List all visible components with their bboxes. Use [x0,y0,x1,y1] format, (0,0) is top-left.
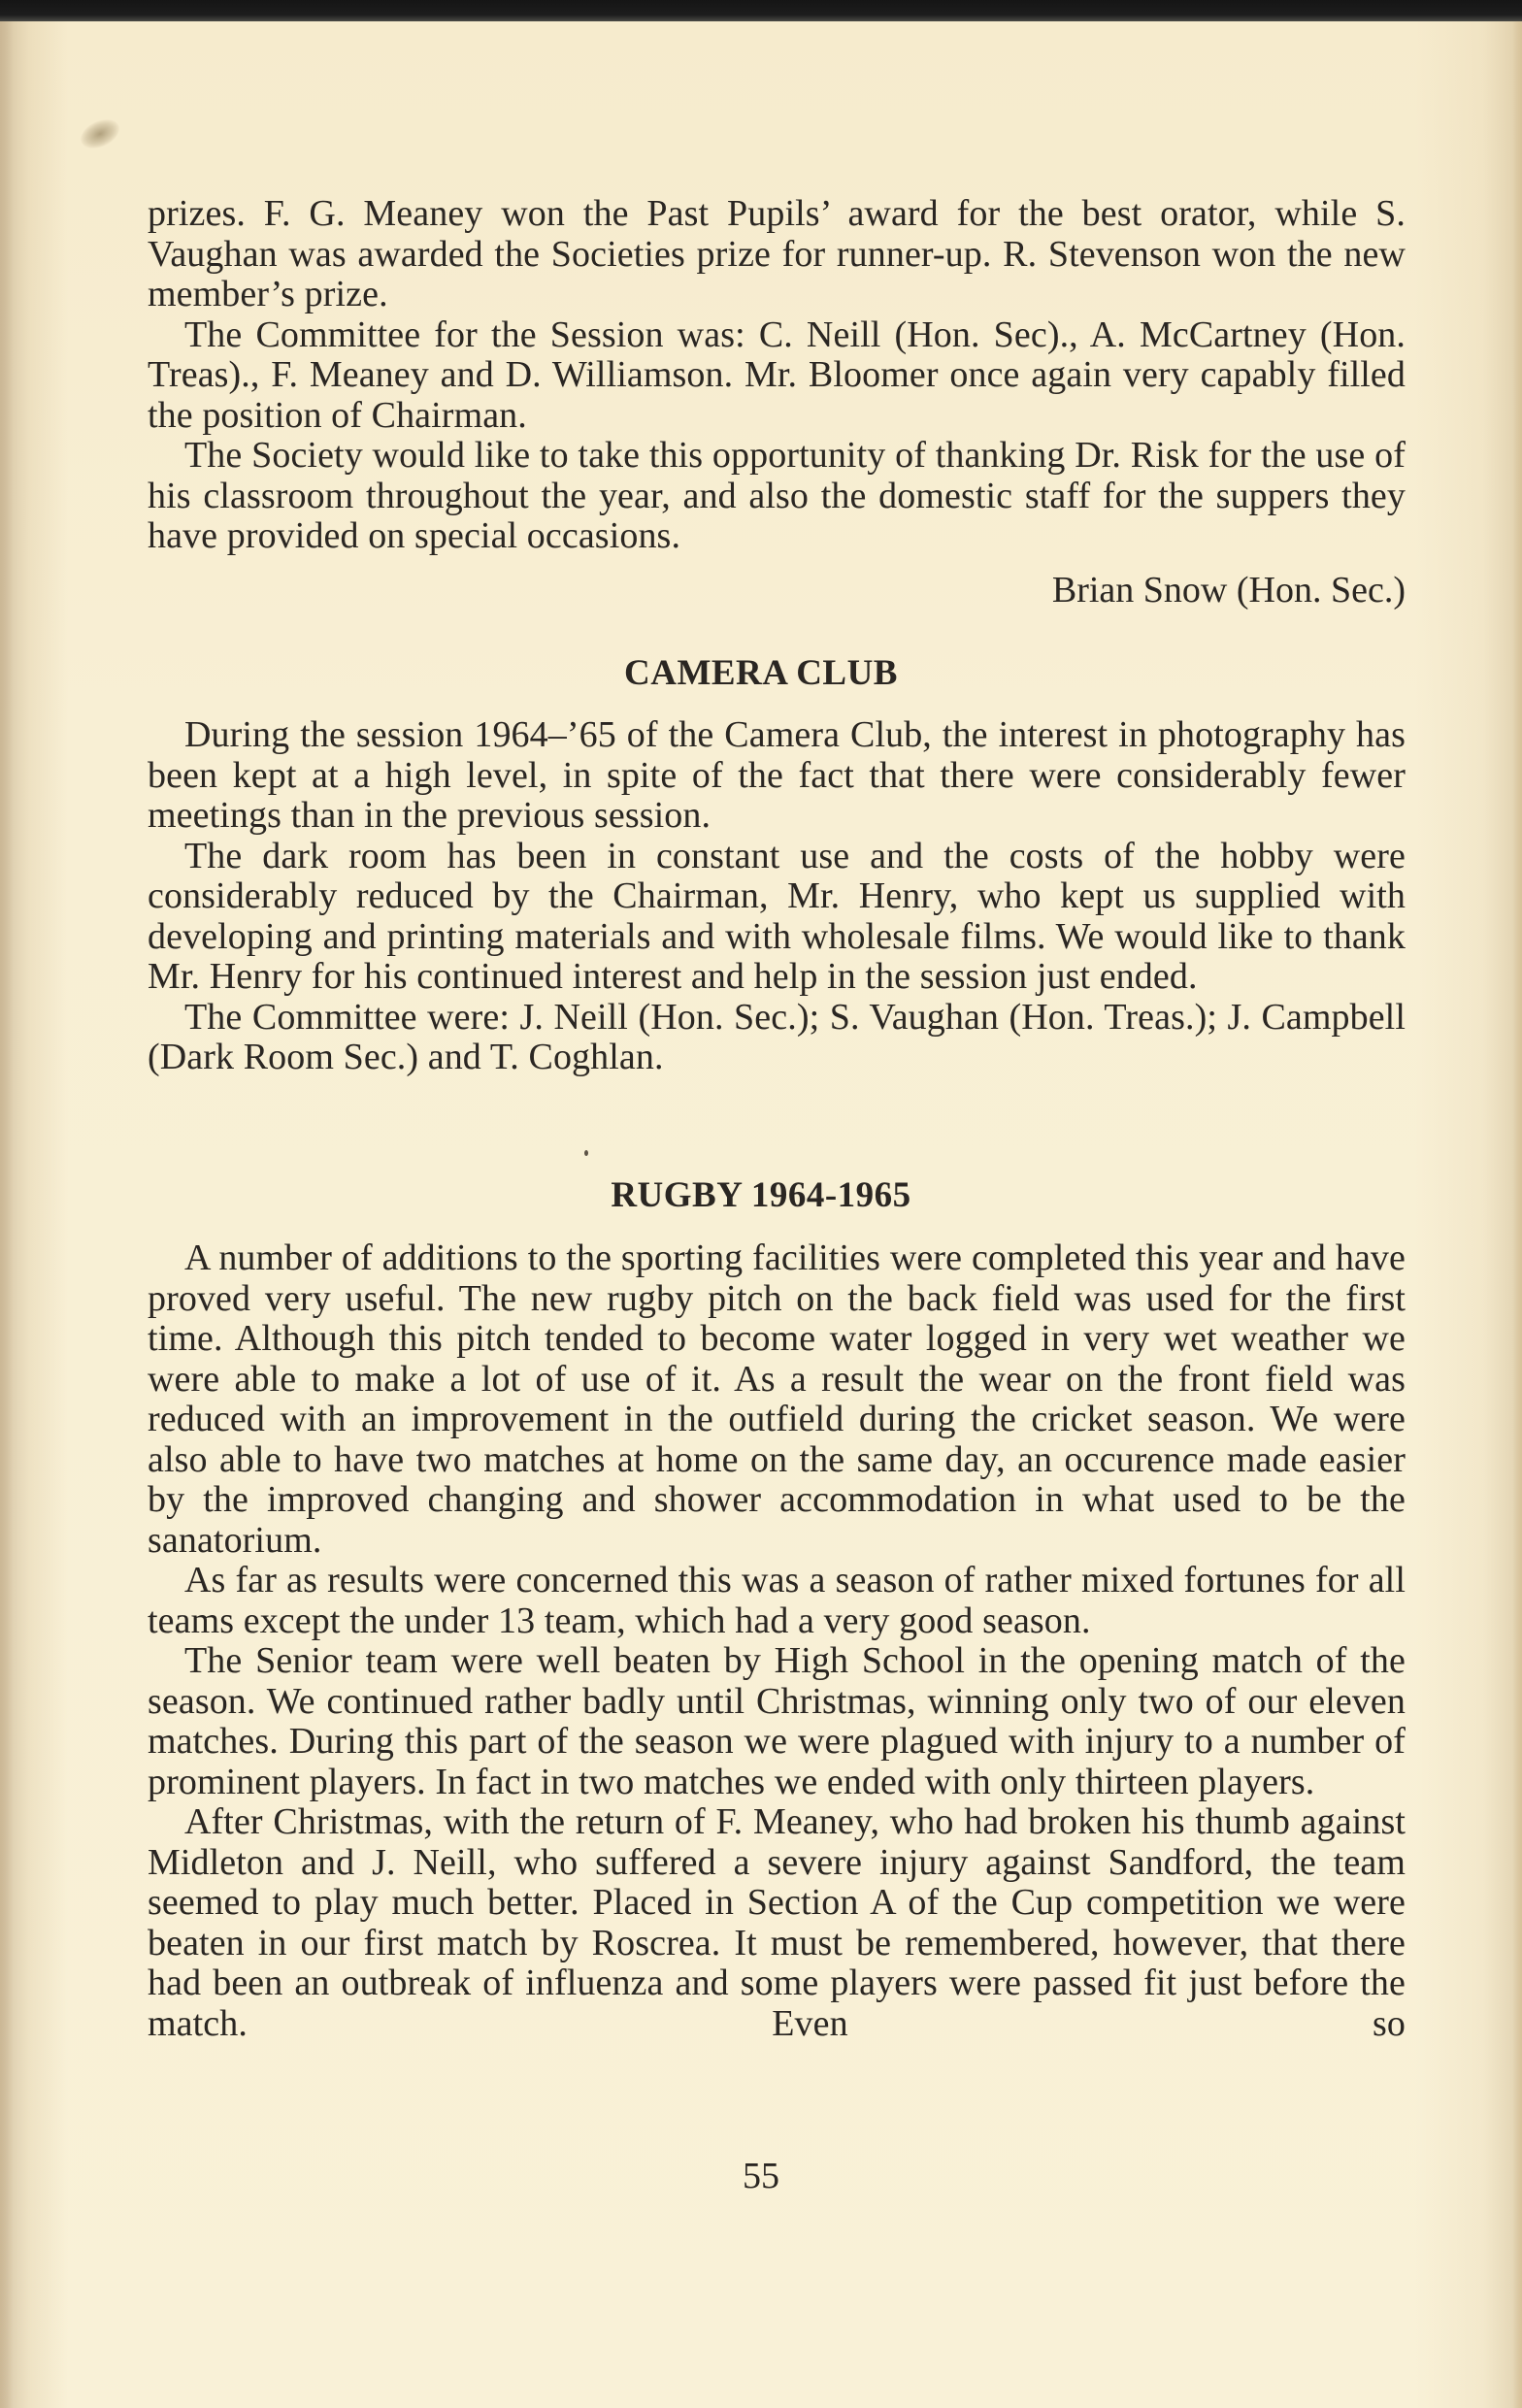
paragraph: The Society would like to take this oppo… [148,436,1406,557]
paragraph: The Committee were: J. Neill (Hon. Sec.)… [148,998,1406,1078]
paragraph: During the session 1964–’65 of the Camer… [148,715,1406,837]
paragraph: prizes. F. G. Meaney won the Past Pupils… [148,194,1406,315]
rugby-report: A number of additions to the sporting fa… [148,1238,1406,2044]
page-number: 55 [0,2155,1522,2197]
paragraph: The Senior team were well beaten by High… [148,1641,1406,1802]
section-heading-camera-club: CAMERA CLUB [0,652,1522,694]
signature: Brian Snow (Hon. Sec.) [1052,570,1406,610]
paragraph: The Committee for the Session was: C. Ne… [148,315,1406,437]
paragraph: As far as results were concerned this wa… [148,1561,1406,1641]
paper-speck [584,1150,588,1156]
paragraph: After Christmas, with the return of F. M… [148,1802,1406,2044]
paragraph: A number of additions to the sporting fa… [148,1238,1406,1561]
debating-society-report: prizes. F. G. Meaney won the Past Pupils… [148,194,1406,557]
section-heading-rugby: RUGBY 1964-1965 [0,1174,1522,1216]
scan-top-edge [0,0,1522,21]
paragraph: The dark room has been in constant use a… [148,837,1406,998]
camera-club-report: During the session 1964–’65 of the Camer… [148,715,1406,1078]
